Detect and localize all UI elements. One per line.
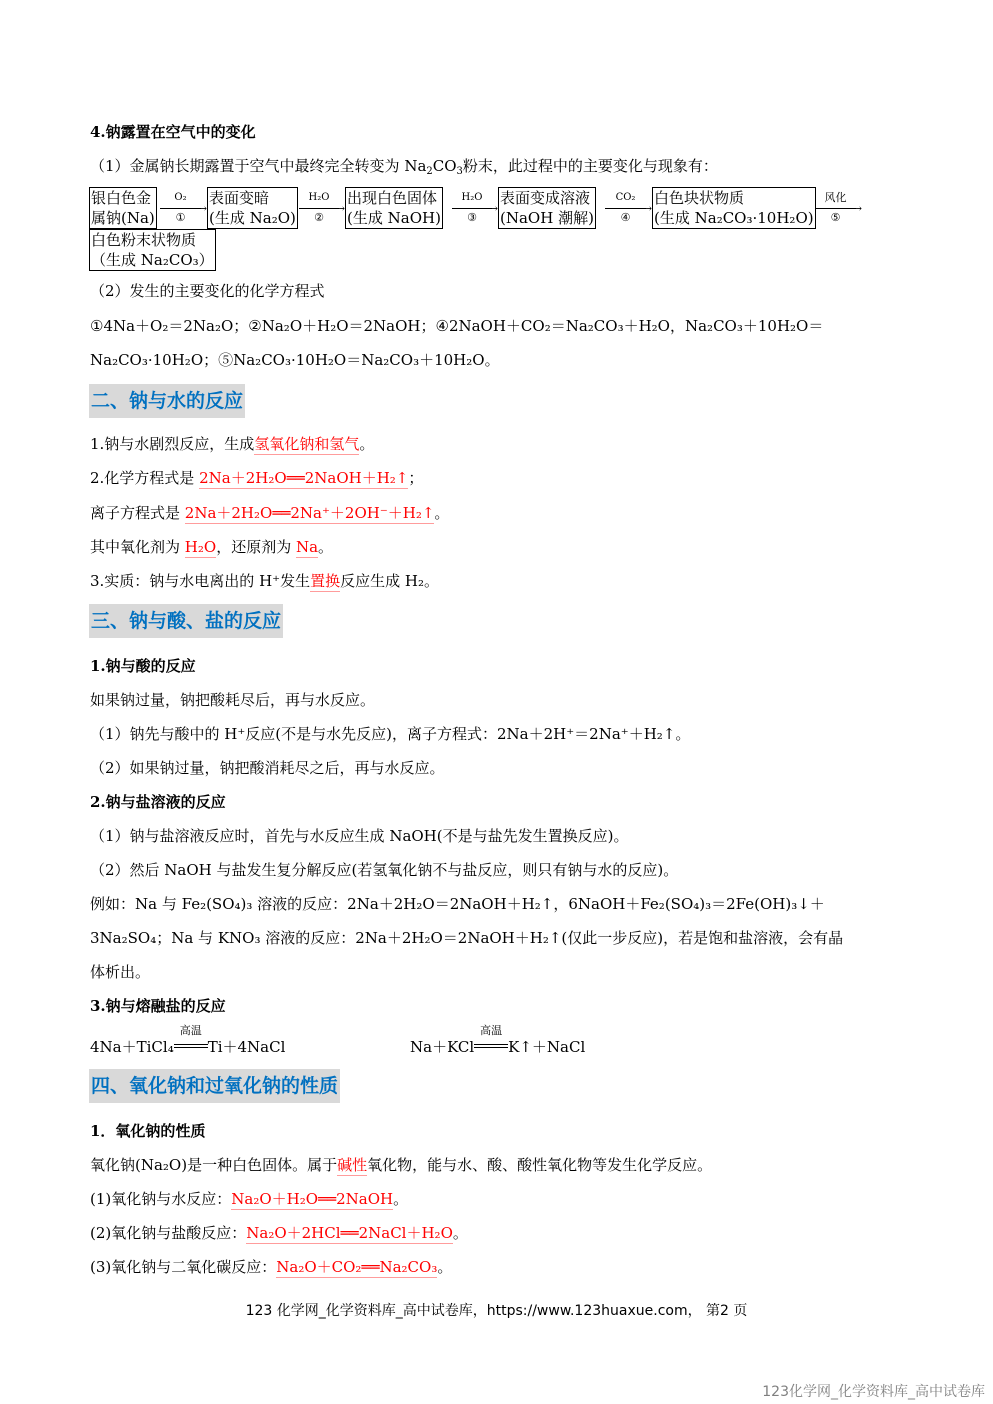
text: 氧化钠(Na₂O)是一种白色固体。属于 — [90, 1156, 337, 1174]
intro-text: 粉末，此过程中的主要变化与现象有： — [463, 157, 718, 175]
answer-highlight: 2Na＋2H₂O══2NaOH＋H₂↑ — [199, 469, 408, 489]
answer-highlight: Na₂O＋CO₂══Na₂CO₃ — [276, 1258, 437, 1278]
salt-line-4: 3Na₂SO₄；Na 与 KNO₃ 溶液的反应：2Na＋2H₂O＝2NaOH＋H… — [90, 928, 843, 948]
answer-highlight: Na₂O＋H₂O══2NaOH — [231, 1190, 393, 1210]
water-line-2: 2.化学方程式是 2Na＋2H₂O══2NaOH＋H₂↑； — [90, 468, 423, 488]
text: 2.化学方程式是 — [90, 469, 199, 487]
text: ； — [408, 469, 423, 487]
na2o-line-1: 氧化钠(Na₂O)是一种白色固体。属于碱性氧化物，能与水、酸、酸性氧化物等发生化… — [90, 1155, 712, 1175]
flow-box-line: 白色块状物质 — [654, 188, 814, 208]
watermark: 123化学网_化学资料库_高中试卷库 — [762, 1381, 985, 1401]
arrow-shaft — [299, 208, 339, 209]
water-line-5: 3.实质：钠与水电离出的 H⁺发生置换反应生成 H₂。 — [90, 571, 439, 591]
text: 离子方程式是 — [90, 504, 185, 522]
text: 。 — [359, 435, 374, 453]
arrow-step-number: ⑤ — [815, 212, 856, 224]
text: ，还原剂为 — [216, 538, 296, 556]
answer-highlight: Na₂O＋2HCl══2NaCl＋H₂O — [246, 1224, 453, 1244]
molten-equation-1: 4Na＋TiCl₄高温Ti＋4NaCl — [90, 1037, 285, 1057]
answer-highlight: H₂O — [185, 538, 216, 558]
text: (2)氧化钠与盐酸反应： — [90, 1224, 246, 1242]
flow-arrow-4: CO₂ → ④ — [605, 188, 652, 228]
flow-arrow-1: O₂ → ① — [160, 188, 207, 228]
arrow-shaft — [815, 208, 856, 209]
equation-line: Na₂CO₃·10H₂O；⑤Na₂CO₃·10H₂O＝Na₂CO₃＋10H₂O。 — [90, 350, 500, 370]
salt-line-1: （1）钠与盐溶液反应时，首先与水反应生成 NaOH(不是与盐先发生置换反应)。 — [90, 826, 628, 846]
flow-box-6: 白色粉末状物质 （生成 Na₂CO₃） — [89, 229, 216, 271]
salt-line-3: 例如：Na 与 Fe₂(SO₄)₃ 溶液的反应：2Na＋2H₂O＝2NaOH＋H… — [90, 894, 825, 914]
arrow-step-number: ④ — [605, 212, 646, 224]
na2o-line-3: (2)氧化钠与盐酸反应：Na₂O＋2HCl══2NaCl＋H₂O。 — [90, 1223, 468, 1243]
text: 。 — [453, 1224, 468, 1242]
section-heading-acid-salt: 三、钠与酸、盐的反应 — [89, 604, 283, 638]
subsection-title-na2o: 1．氧化钠的性质 — [90, 1121, 205, 1141]
flow-arrow-2: H₂O → ② — [299, 188, 345, 228]
flow-box-3: 出现白色固体 (生成 NaOH) — [345, 187, 443, 229]
acid-line-3: （2）如果钠过量，钠把酸消耗尽之后，再与水反应。 — [90, 758, 445, 778]
text: 。 — [437, 1258, 452, 1276]
exposure-intro: （1）金属钠长期露置于空气中最终完全转变为 Na2CO3粉末，此过程中的主要变化… — [90, 156, 718, 176]
flow-box-5: 白色块状物质 (生成 Na₂CO₃·10H₂O) — [652, 187, 816, 229]
flow-box-line: 表面变暗 — [209, 188, 296, 208]
flow-box-line: 属钠(Na) — [91, 208, 155, 228]
intro-text: （1）金属钠长期露置于空气中最终完全转变为 Na — [90, 157, 426, 175]
text: 。 — [434, 504, 449, 522]
subsection-title-acid: 1.钠与酸的反应 — [90, 656, 196, 676]
text: Ti＋4NaCl — [208, 1038, 286, 1056]
na2o-line-2: (1)氧化钠与水反应：Na₂O＋H₂O══2NaOH。 — [90, 1189, 408, 1209]
arrow-reagent: H₂O — [299, 192, 339, 204]
text: (1)氧化钠与水反应： — [90, 1190, 231, 1208]
flow-box-line: 出现白色固体 — [347, 188, 441, 208]
condition-equals: 高温 — [474, 1037, 508, 1057]
salt-line-2: （2）然后 NaOH 与盐发生复分解反应(若氢氧化钠不与盐反应，则只有钠与水的反… — [90, 860, 678, 880]
arrow-step-number: ② — [299, 212, 339, 224]
flow-box-line: 银白色金 — [91, 188, 155, 208]
text: 其中氧化剂为 — [90, 538, 185, 556]
text: 。 — [393, 1190, 408, 1208]
condition-equals: 高温 — [174, 1037, 208, 1057]
na2o-line-4: (3)氧化钠与二氧化碳反应：Na₂O＋CO₂══Na₂CO₃。 — [90, 1257, 452, 1277]
flow-arrow-5: 风化 → ⑤ — [815, 188, 862, 228]
arrow-reagent: CO₂ — [605, 192, 646, 204]
equation-line: ①4Na＋O₂＝2Na₂O；②Na₂O＋H₂O＝2NaOH；④2NaOH＋CO₂… — [90, 316, 823, 336]
answer-highlight: 2Na＋2H₂O══2Na⁺＋2OH⁻＋H₂↑ — [185, 504, 435, 524]
water-line-4: 其中氧化剂为 H₂O，还原剂为 Na。 — [90, 537, 333, 557]
text: 4Na＋TiCl₄ — [90, 1038, 174, 1056]
molten-equation-2: Na＋KCl高温K↑＋NaCl — [410, 1037, 585, 1057]
flow-box-line: (生成 NaOH) — [347, 208, 441, 228]
arrow-reagent: O₂ — [160, 192, 201, 204]
subsection-title-salt: 2.钠与盐溶液的反应 — [90, 792, 226, 812]
acid-line-1: 如果钠过量，钠把酸耗尽后，再与水反应。 — [90, 690, 375, 710]
acid-line-2: （1）钠先与酸中的 H⁺反应(不是与水先反应)，离子方程式：2Na＋2H⁺＝2N… — [90, 724, 690, 744]
arrow-shaft — [160, 208, 201, 209]
condition-label: 高温 — [474, 1025, 508, 1036]
section-heading-oxides: 四、氧化钠和过氧化钠的性质 — [89, 1069, 340, 1103]
flow-box-line: (生成 Na₂O) — [209, 208, 296, 228]
section-title-exposure: 4.钠露置在空气中的变化 — [90, 122, 256, 142]
arrow-shaft — [605, 208, 646, 209]
answer-highlight: 氢氧化钠和氢气 — [254, 435, 359, 455]
arrow-reagent: 风化 — [815, 192, 856, 204]
page-footer: 123 化学网_化学资料库_高中试卷库，https://www.123huaxu… — [0, 1300, 993, 1320]
flow-box-line: 白色粉末状物质 — [91, 230, 214, 250]
flow-arrow-3: H₂O → ③ — [452, 188, 498, 228]
double-line — [174, 1044, 208, 1048]
equations-subtitle: （2）发生的主要变化的化学方程式 — [90, 281, 325, 301]
flow-box-line: 表面变成溶液 — [500, 188, 594, 208]
arrow-reagent: H₂O — [452, 192, 492, 204]
answer-highlight: 置换 — [310, 572, 340, 592]
double-line — [474, 1044, 508, 1048]
salt-line-5: 体析出。 — [90, 962, 150, 982]
answer-highlight: 碱性 — [337, 1156, 367, 1176]
water-line-3: 离子方程式是 2Na＋2H₂O══2Na⁺＋2OH⁻＋H₂↑。 — [90, 503, 449, 523]
arrow-shaft — [452, 208, 492, 209]
intro-text: CO — [433, 157, 457, 175]
text: 反应生成 H₂。 — [340, 572, 439, 590]
flow-box-1: 银白色金 属钠(Na) — [89, 187, 157, 229]
text: Na＋KCl — [410, 1038, 474, 1056]
condition-label: 高温 — [174, 1025, 208, 1036]
flow-box-line: (NaOH 潮解) — [500, 208, 594, 228]
text: K↑＋NaCl — [508, 1038, 585, 1056]
flow-box-4: 表面变成溶液 (NaOH 潮解) — [498, 187, 596, 229]
arrow-step-number: ③ — [452, 212, 492, 224]
text: 氧化物，能与水、酸、酸性氧化物等发生化学反应。 — [367, 1156, 712, 1174]
flow-box-line: (生成 Na₂CO₃·10H₂O) — [654, 208, 814, 228]
flow-box-2: 表面变暗 (生成 Na₂O) — [207, 187, 298, 229]
text: 。 — [318, 538, 333, 556]
text: 1.钠与水剧烈反应，生成 — [90, 435, 254, 453]
text: 3.实质：钠与水电离出的 H⁺发生 — [90, 572, 310, 590]
arrow-step-number: ① — [160, 212, 201, 224]
answer-highlight: Na — [296, 538, 318, 558]
subsection-title-molten: 3.钠与熔融盐的反应 — [90, 996, 226, 1016]
section-heading-water: 二、钠与水的反应 — [89, 384, 245, 418]
flow-box-line: （生成 Na₂CO₃） — [91, 250, 214, 270]
text: (3)氧化钠与二氧化碳反应： — [90, 1258, 276, 1276]
water-line-1: 1.钠与水剧烈反应，生成氢氧化钠和氢气。 — [90, 434, 374, 454]
